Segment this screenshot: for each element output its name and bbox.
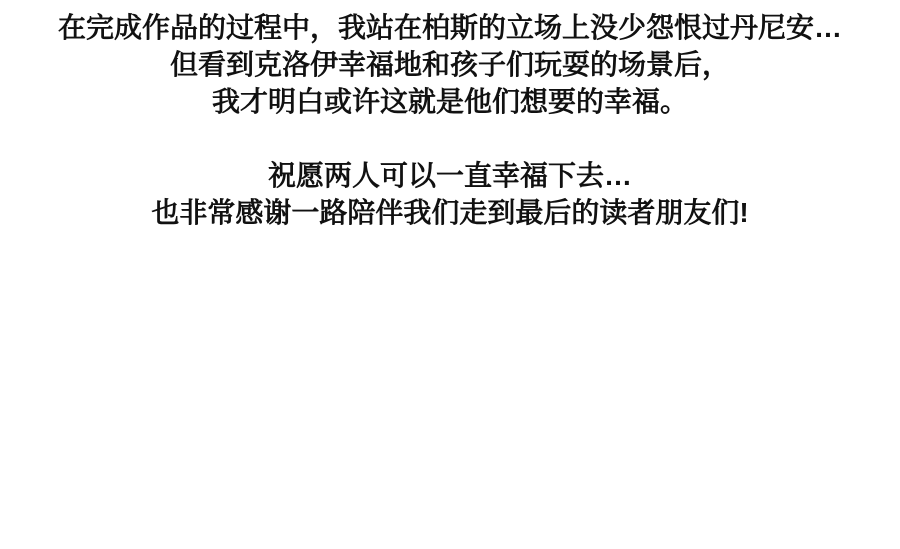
- text-line-4: 祝愿两人可以一直幸福下去…: [0, 157, 900, 194]
- text-line-1: 在完成作品的过程中，我站在柏斯的立场上没少怨恨过丹尼安…: [0, 9, 900, 46]
- text-line-3: 我才明白或许这就是他们想要的幸福。: [0, 83, 900, 120]
- afterword-page: 在完成作品的过程中，我站在柏斯的立场上没少怨恨过丹尼安… 但看到克洛伊幸福地和孩…: [0, 0, 900, 549]
- afterword-paragraph-1: 在完成作品的过程中，我站在柏斯的立场上没少怨恨过丹尼安… 但看到克洛伊幸福地和孩…: [0, 9, 900, 120]
- text-line-5: 也非常感谢一路陪伴我们走到最后的读者朋友们!: [0, 194, 900, 231]
- text-line-2: 但看到克洛伊幸福地和孩子们玩耍的场景后，: [0, 46, 900, 83]
- afterword-paragraph-2: 祝愿两人可以一直幸福下去… 也非常感谢一路陪伴我们走到最后的读者朋友们!: [0, 157, 900, 231]
